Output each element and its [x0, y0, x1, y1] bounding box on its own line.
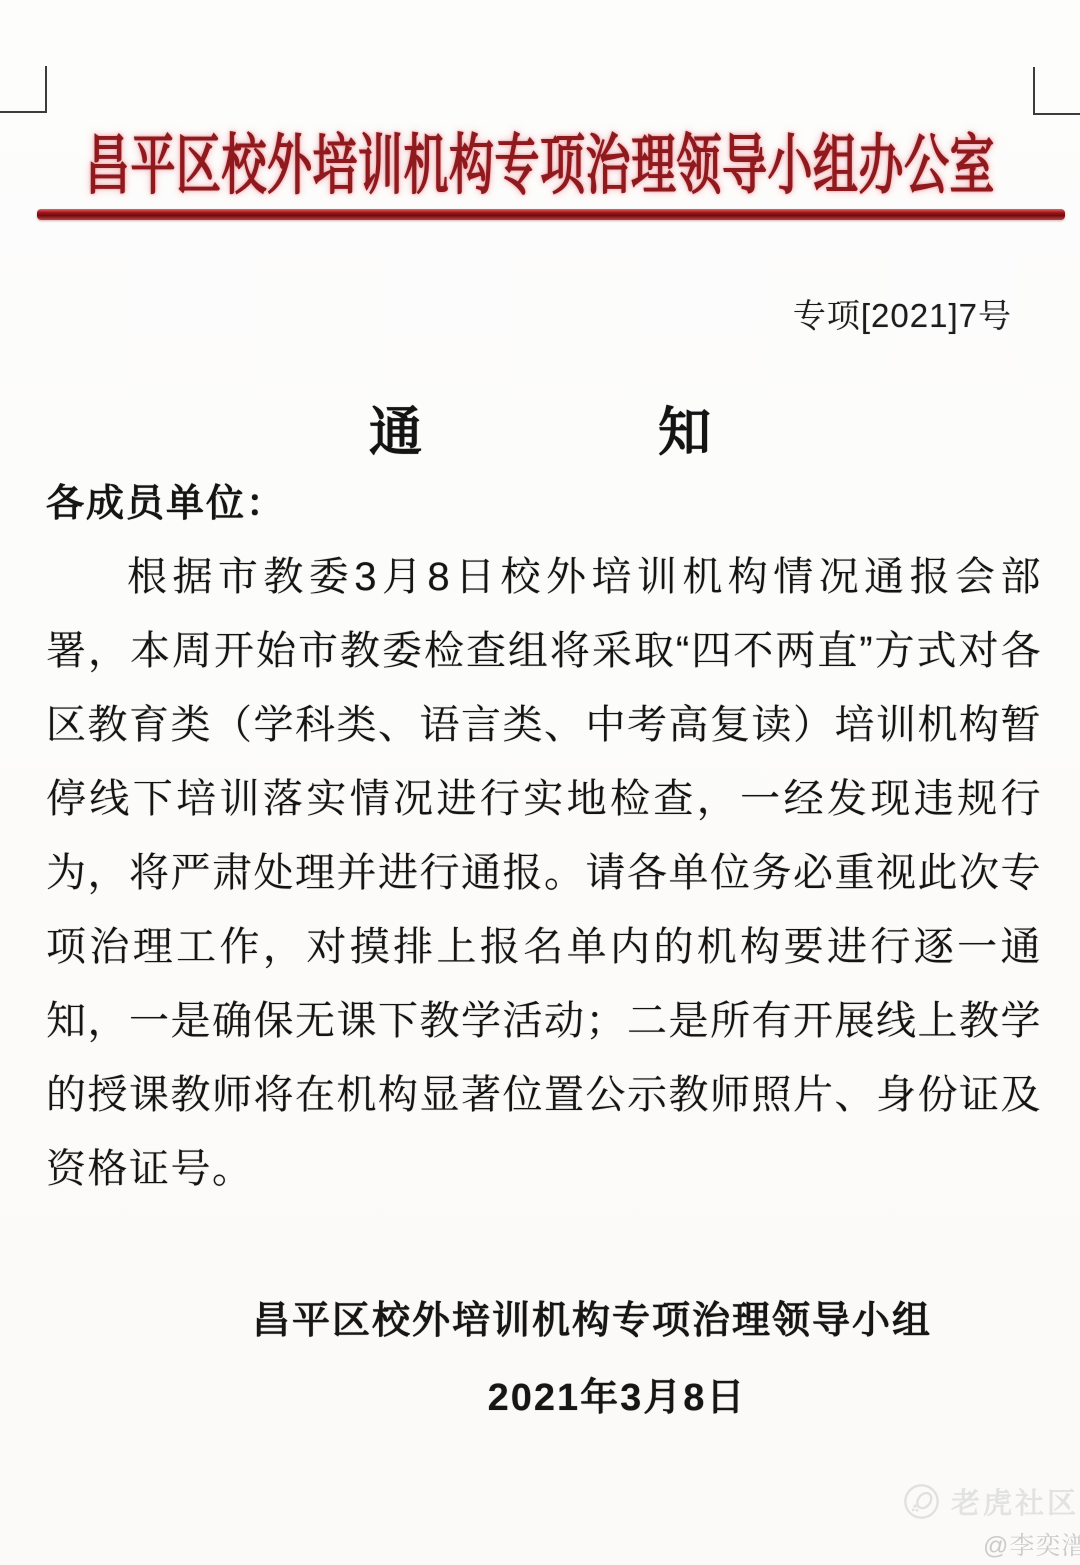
tiger-paw-icon: [903, 1483, 940, 1520]
notice-heading-char-2: 知: [658, 390, 711, 466]
corner-mark-top-right: [1033, 67, 1080, 115]
document-number: 专项[2021]7号: [793, 290, 1012, 337]
notice-heading-char-1: 通: [369, 390, 422, 466]
salutation: 各成员单位：: [46, 472, 286, 527]
body-paragraph: 根据市教委3月8日校外培训机构情况通报会部署，本周开始市教委检查组将采取“四不两…: [46, 540, 1042, 1206]
letterhead-title: 昌平区校外培训机构专项治理领导小组办公室: [0, 112, 1080, 206]
signature-date: 2021年3月8日: [77, 1366, 1080, 1421]
watermark-username: @李奕潽: [983, 1526, 1080, 1562]
watermark: 老虎社区: [903, 1481, 1079, 1522]
document-photo: 昌平区校外培训机构专项治理领导小组办公室 专项[2021]7号 通 知 各成员单…: [0, 0, 1080, 1565]
signature-name: 昌平区校外培训机构专项治理领导小组: [52, 1289, 1080, 1344]
letterhead-red-rule: [37, 209, 1065, 220]
notice-heading: 通 知: [0, 390, 1080, 466]
corner-mark-top-left: [0, 66, 47, 113]
watermark-community-label: 老虎社区: [951, 1481, 1079, 1522]
